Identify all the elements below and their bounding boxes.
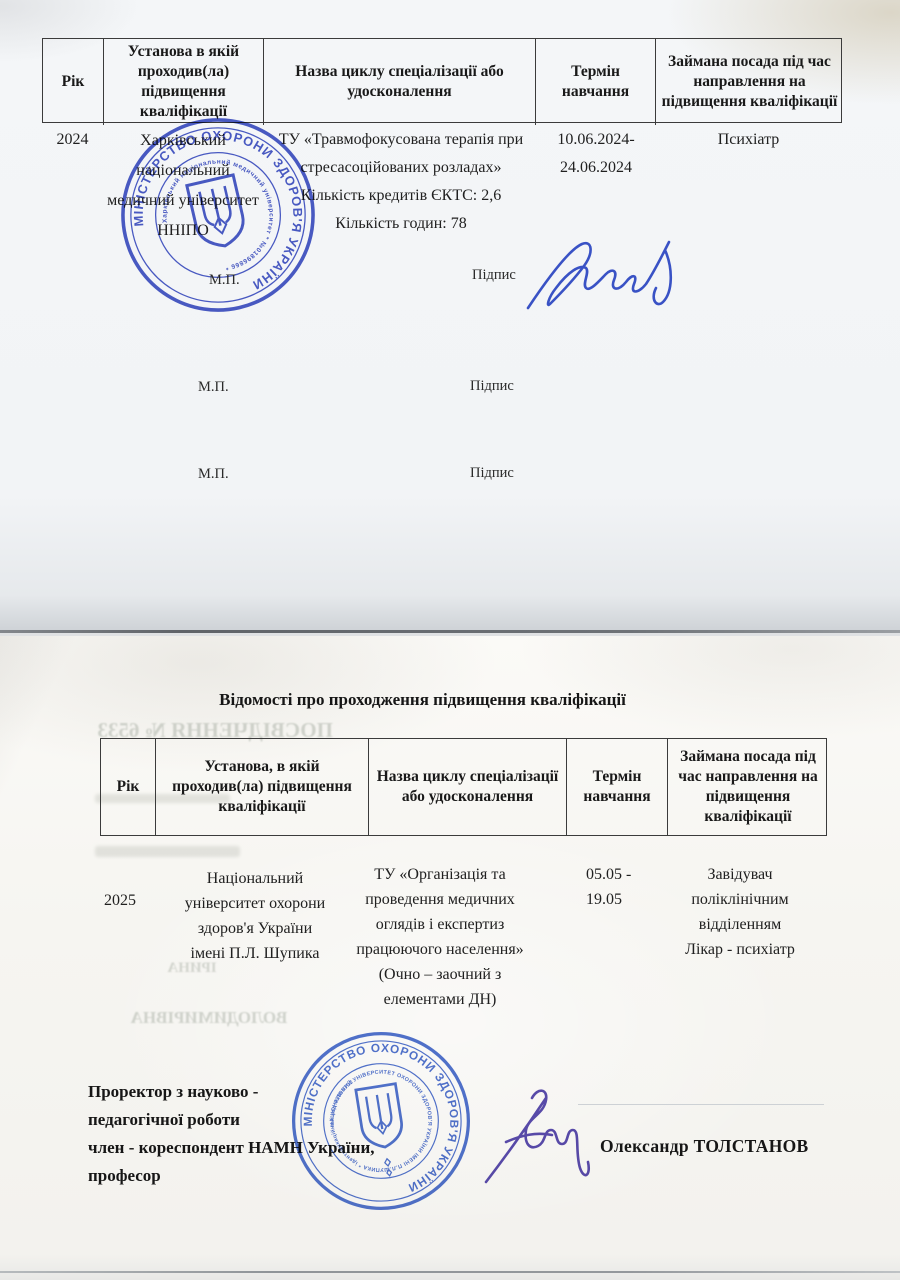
table1-header-position: Займана посада під час направлення на пі…	[656, 39, 843, 125]
trident-emblem-icon	[187, 175, 248, 251]
table1-cell-term: 10.06.2024- 24.06.2024	[537, 126, 655, 182]
page2-title: Відомості про проходження підвищення ква…	[195, 690, 650, 710]
scanned-document: { "page1": { "table": { "headers": [ "Рі…	[0, 0, 900, 1280]
shupyk-round-stamp-icon: МІНІСТЕРСТВО ОХОРОНИ ЗДОРОВ'Я УКРАЇНИ НА…	[277, 1017, 485, 1225]
seal-place-label-1: М.П.	[209, 272, 240, 289]
table2-cell-position: Завідувач поліклінічним відділенням Ліка…	[655, 862, 825, 962]
table2-header-term: Термін навчання	[567, 739, 668, 835]
signature-label-2: Підпис	[470, 378, 514, 395]
signature-label-3: Підпис	[470, 465, 514, 482]
ghost-smudge-2	[95, 846, 240, 857]
table1-cell-year: 2024	[42, 126, 103, 154]
table2-cell-year: 2025	[85, 888, 155, 913]
table2-cell-institution: Національний університет охорони здоров'…	[155, 866, 355, 966]
table2-header-year: Рік	[101, 739, 156, 835]
signature-rule	[578, 1104, 824, 1105]
ghost-patronymic: ВОЛОДИМИРІВНА	[116, 1008, 302, 1028]
table2-header-course: Назва циклу спеціалізації або удосконале…	[369, 739, 567, 835]
page-two: ПОСВІДЧЕННЯ № 6533 ІРИНА ВОЛОДИМИРІВНА В…	[0, 636, 900, 1280]
seal-place-label-3: М.П.	[198, 466, 229, 483]
page-one: Рік Установа в якій проходив(ла) підвище…	[0, 0, 900, 633]
seal-place-label-2: М.П.	[198, 379, 229, 396]
table2-cell-course: ТУ «Організація та проведення медичних о…	[340, 862, 540, 1012]
qualification-table-1: Рік Установа в якій проходив(ла) підвище…	[42, 38, 842, 123]
table2-header-institution: Установа, в якій проходив(ла) підвищення…	[156, 739, 369, 835]
signature-label-1: Підпис	[472, 267, 516, 284]
qualification-table-2: Рік Установа, в якій проходив(ла) підвищ…	[100, 738, 827, 836]
table2-cell-term: 05.05 - 19.05	[586, 862, 666, 912]
official-name: Олександр ТОЛСТАНОВ	[600, 1136, 809, 1157]
table1-header-year: Рік	[43, 39, 104, 125]
signature-1-icon	[522, 232, 690, 324]
table1-cell-position: Психіатр	[655, 126, 842, 154]
table1-header-course: Назва циклу спеціалізації або удосконале…	[264, 39, 536, 125]
signature-2-icon	[478, 1084, 610, 1196]
table1-header-term: Термін навчання	[536, 39, 656, 125]
table2-header-position: Займана посада під час направлення на пі…	[668, 739, 828, 835]
